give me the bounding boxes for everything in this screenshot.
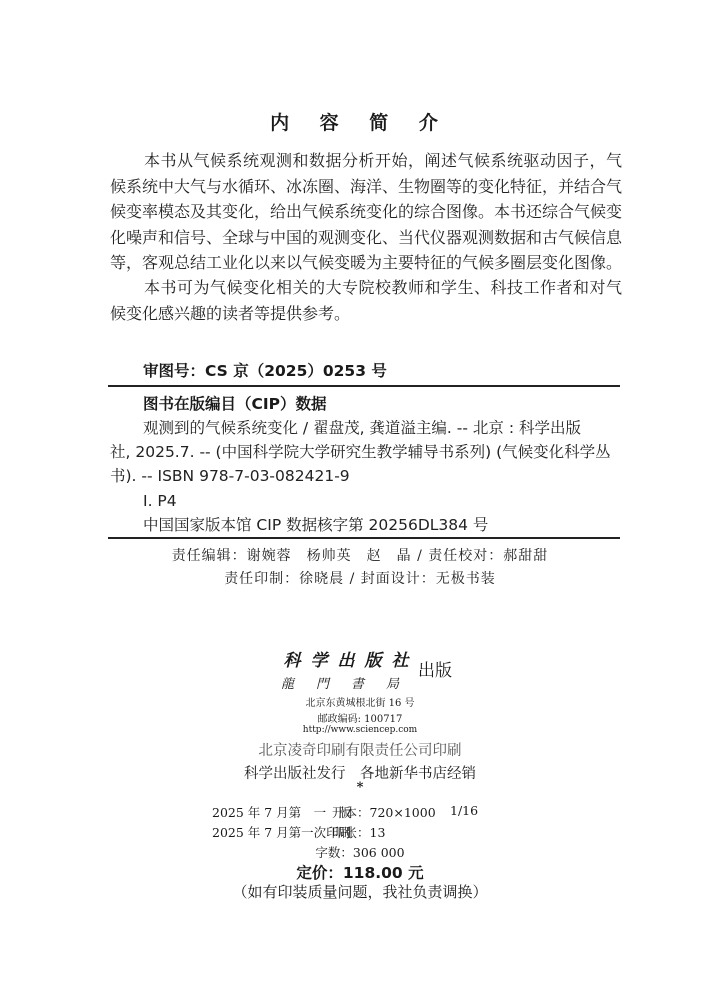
production-credit: 责任印制：徐晓晨 / 封面设计：无极书装: [0, 568, 720, 588]
divider-top: [108, 385, 620, 387]
book-format-ratio: 1/16: [450, 803, 478, 818]
word-count: 字数：306 000: [0, 843, 720, 861]
quality-notice: （如有印装质量问题，我社负责调换）: [0, 881, 720, 902]
cip-line: 观测到的气候系统变化 / 翟盘茂, 龚道溢主编. -- 北京 : 科学出版: [143, 416, 581, 440]
price: 定价：118.00 元: [0, 861, 720, 883]
impression-line: 2025 年 7 月第一次印刷 印张：13: [212, 823, 512, 841]
summary-paragraph-2: 本书可为气候变化相关的大专院校教师和学生、科技工作者和对气候变化感兴趣的读者等提…: [110, 275, 622, 326]
page-title: 内 容 简 介: [0, 108, 720, 135]
cip-line: 社, 2025.7. -- (中国科学院大学研究生教学辅导书系列) (气候变化科…: [110, 440, 611, 464]
separator-star: *: [0, 780, 720, 795]
publisher-suffix: 出版: [418, 656, 452, 681]
printer: 北京凌奇印刷有限责任公司印刷: [0, 739, 720, 760]
impression-date: 2025 年 7 月第一次印刷: [212, 825, 351, 840]
publisher-logo-science-press: 科学出版社: [276, 646, 426, 671]
editors-credit: 责任编辑：谢婉蓉 杨帅英 赵 晶 / 责任校对：郝甜甜: [0, 545, 720, 565]
map-review-number: 审图号：CS 京（2025）0253 号: [143, 359, 387, 381]
publisher-logo-longmen: 龍門書局: [276, 673, 426, 692]
divider-bottom: [108, 537, 620, 539]
cip-classification: Ⅰ. P4: [143, 489, 177, 513]
publisher-address: 北京东黄城根北街 16 号: [0, 694, 720, 709]
publisher-postcode: 邮政编码: 100717: [0, 710, 720, 725]
cip-line: 书). -- ISBN 978-7-03-082421-9: [110, 464, 350, 488]
cip-record-number: 中国国家版本馆 CIP 数据核字第 20256DL384 号: [143, 513, 488, 537]
publisher-url[interactable]: http://www.sciencep.com: [0, 725, 720, 735]
summary-paragraph-1: 本书从气候系统观测和数据分析开始，阐述气候系统驱动因子，气候系统中大气与水循环、…: [110, 148, 622, 276]
publisher-logo: 科学出版社 龍門書局: [276, 646, 426, 692]
edition-date: 2025 年 7 月第 一 版: [212, 805, 351, 820]
book-format: 开本：720×1000: [332, 803, 436, 821]
edition-line: 2025 年 7 月第 一 版 开本：720×1000 1/16: [212, 803, 512, 821]
cip-heading: 图书在版编目（CIP）数据: [143, 392, 327, 414]
printed-sheets: 印张：13: [332, 823, 385, 841]
